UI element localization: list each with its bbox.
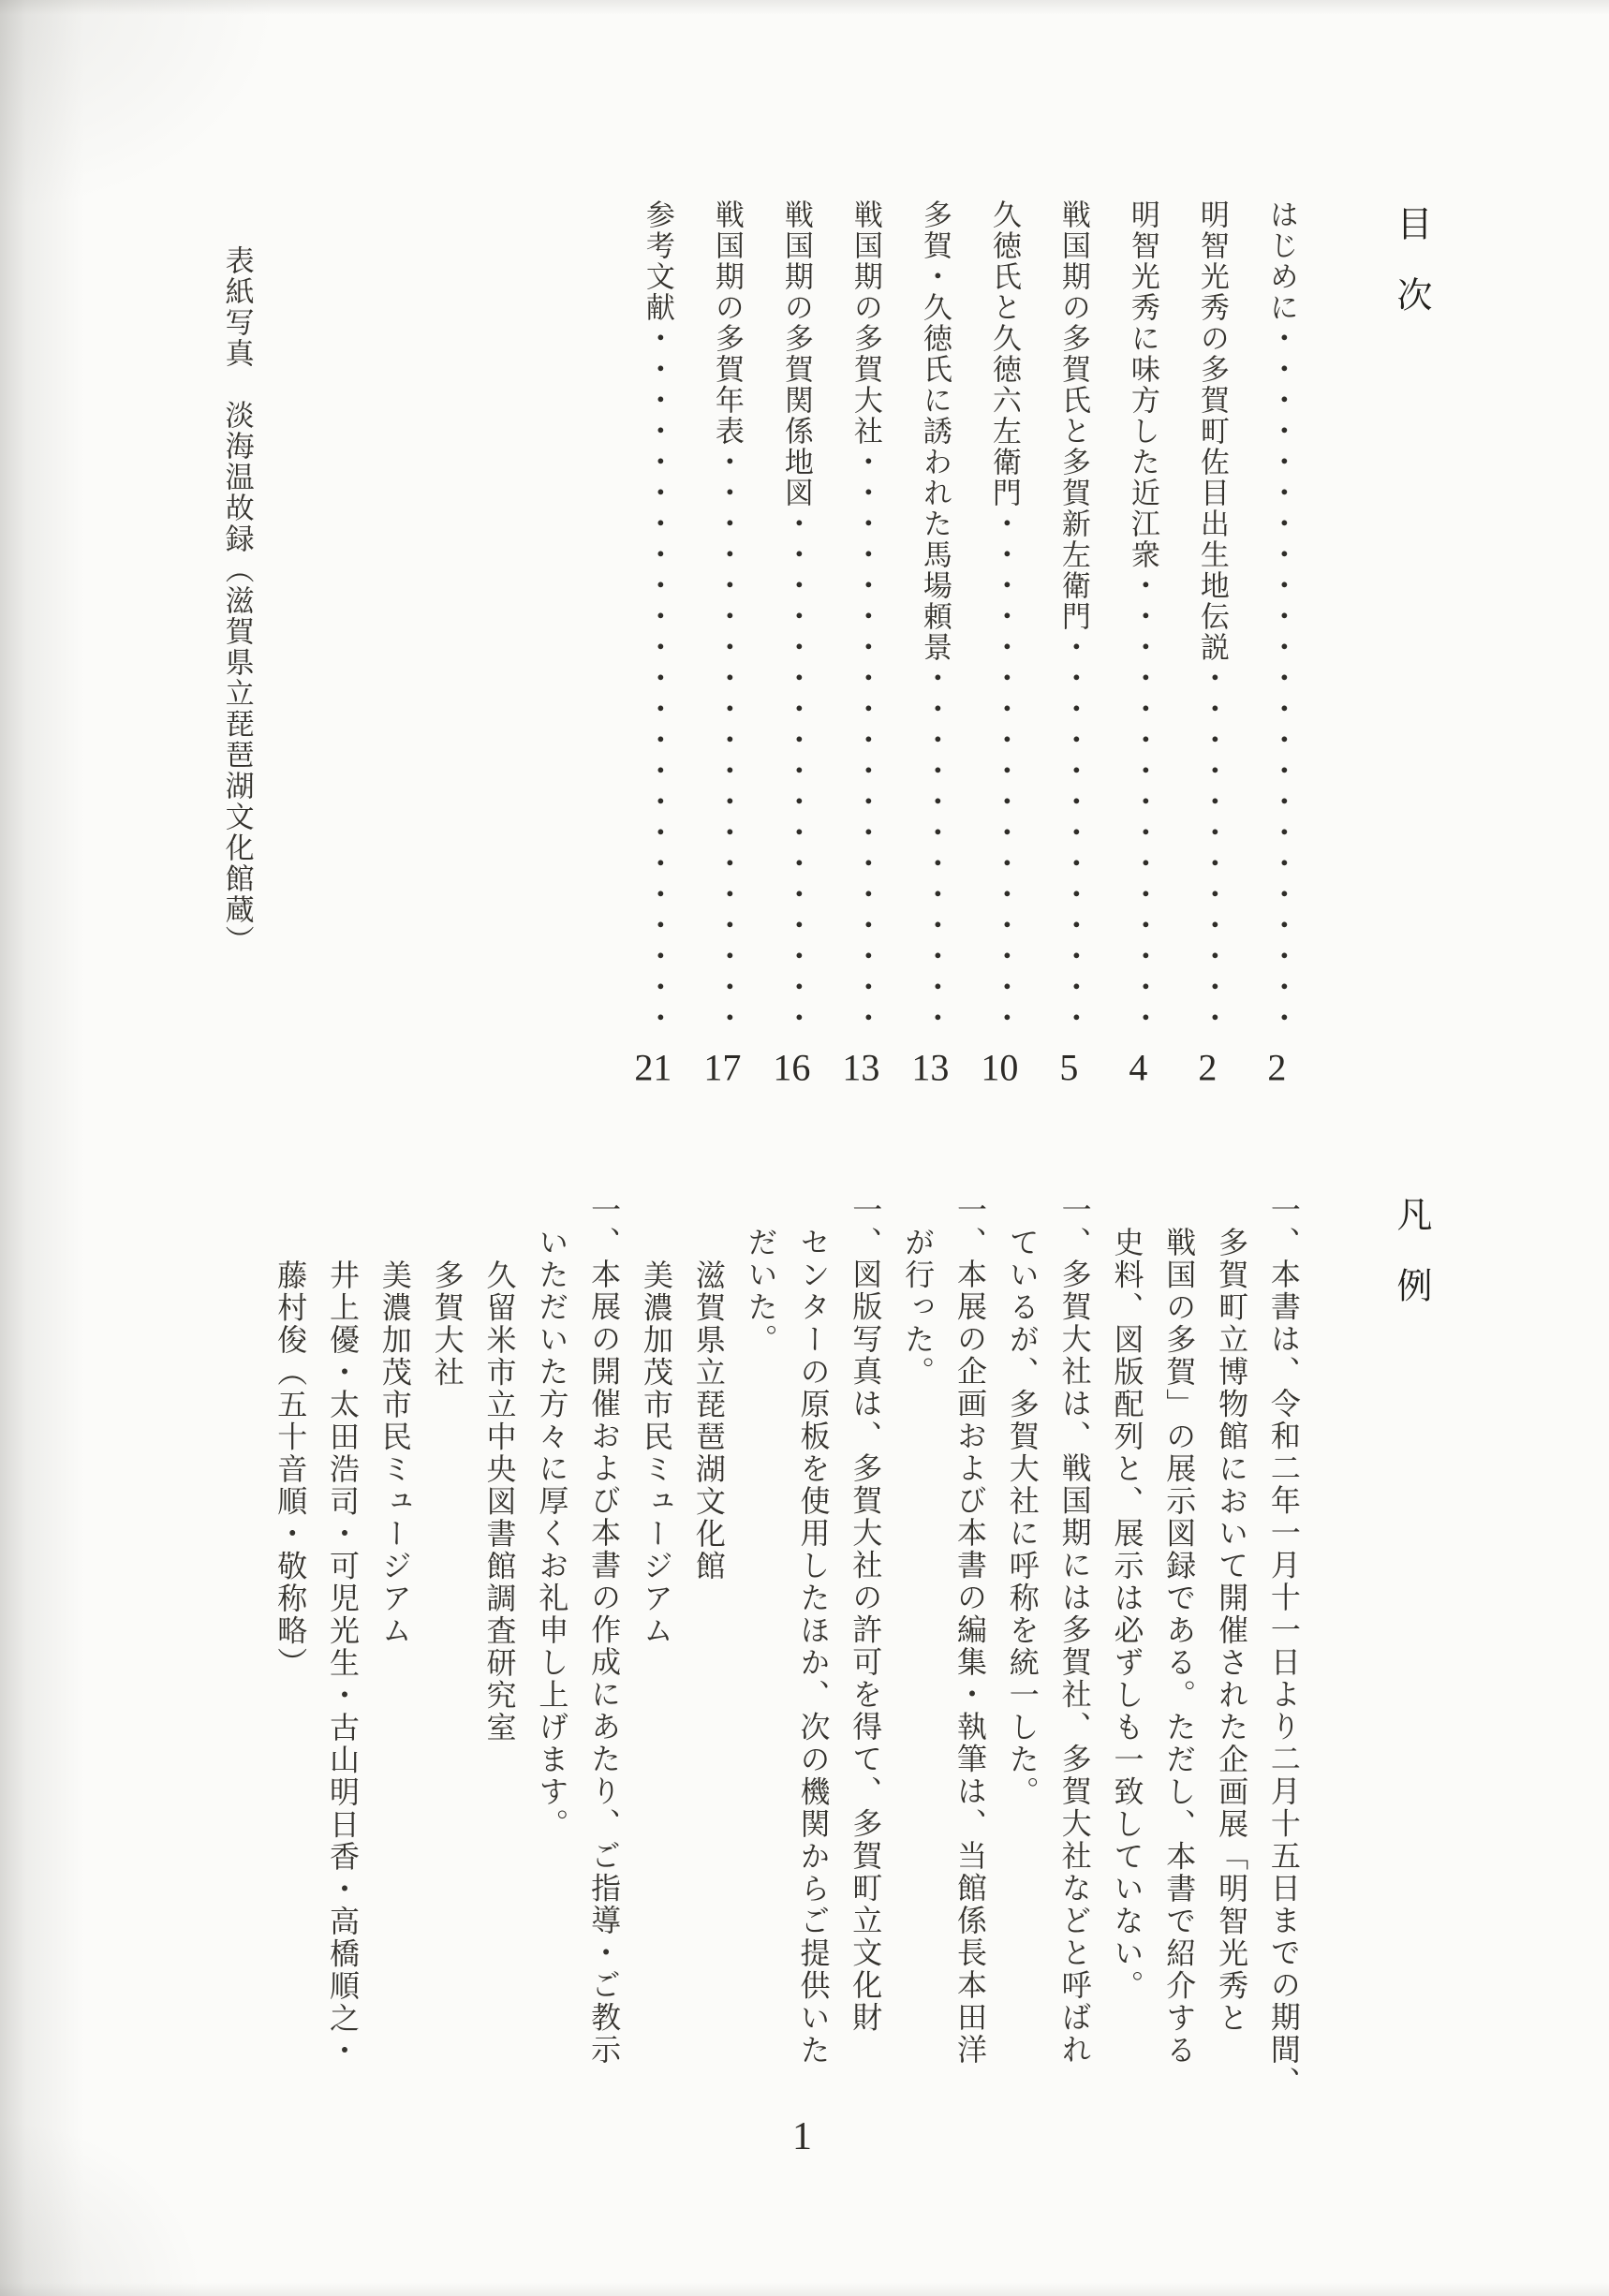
toc-title: 目 次 [1390,205,1431,1086]
hanrei-line: 美濃加茂市民ミュージアム [639,1194,672,2215]
toc-leader-dots: ・・・・・・・・・・・・・・・・・・・・・・・・・・・・・・・・・・・・・・・・ [1186,663,1229,1021]
toc-page-number: 21 [631,1049,674,1086]
hanrei-line: だいた。 [744,1194,777,2215]
hanrei-line: 一、多賀大社は、戦国期には多賀社、多賀大社などと呼ばれ [1057,1194,1091,2215]
toc-entry-title: 多賀・久徳氏に誘われた馬場頼景 [908,199,952,663]
hanrei-line: 多賀大社 [430,1194,464,2215]
hanrei-line: いただいた方々に厚くお礼申し上げます。 [535,1194,568,2215]
toc-page-number: 13 [908,1049,952,1086]
toc-leader-dots: ・・・・・・・・・・・・・・・・・・・・・・・・・・・・・・・・・・・・・・・・ [1255,323,1298,1021]
toc-entry: 久徳氏と久徳六左衛門 ・・・・・・・・・・・・・・・・・・・・・・・・・・・・・… [978,199,1021,1086]
hanrei-line: 藤村俊（五十音順・敬称略） [273,1194,306,2215]
toc-page-number: 16 [770,1049,813,1086]
toc-entry-title: 明智光秀の多賀町佐目出生地伝説 [1186,199,1229,663]
toc-entry: 参考文献 ・・・・・・・・・・・・・・・・・・・・・・・・・・・・・・・・・・・… [631,199,674,1086]
toc-page-number: 5 [1047,1049,1090,1086]
hanrei-line: 滋賀県立琵琶湖文化館 [691,1194,725,2215]
hanrei-line: 久留米市立中央図書館調査研究室 [482,1194,516,2215]
toc-entry: はじめに ・・・・・・・・・・・・・・・・・・・・・・・・・・・・・・・・・・・… [1255,199,1298,1086]
cover-photo-caption: 表紙写真 淡海温故録（滋賀県立琵琶湖文化館蔵） [220,245,254,956]
toc-leader-dots: ・・・・・・・・・・・・・・・・・・・・・・・・・・・・・・・・・・・・・・・・ [1047,632,1090,1021]
hanrei-line: 多賀町立博物館において開催された企画展「明智光秀と [1214,1194,1247,2215]
toc-section: 目 次 はじめに ・・・・・・・・・・・・・・・・・・・・・・・・・・・・・・・… [605,199,1431,1086]
hanrei-line: 戦国の多賀」の展示図録である。ただし、本書で紹介する [1161,1194,1195,2215]
hanrei-title: 凡 例 [1390,1196,1431,2215]
hanrei-line: ているが、多賀大社に呼称を統一した。 [1005,1194,1039,2215]
hanrei-line: センターの原板を使用したほか、次の機関からご提供いた [796,1194,830,2215]
hanrei-line: 一、本展の開催および本書の作成にあたり、ご指導・ご教示 [586,1194,620,2215]
toc-entry-title: 戦国期の多賀年表 [701,199,744,447]
toc-entry: 明智光秀の多賀町佐目出生地伝説 ・・・・・・・・・・・・・・・・・・・・・・・・… [1186,199,1229,1086]
toc-entry: 明智光秀に味方した近江衆 ・・・・・・・・・・・・・・・・・・・・・・・・・・・… [1116,199,1159,1086]
toc-entry-title: 明智光秀に味方した近江衆 [1116,199,1159,570]
toc-leader-dots: ・・・・・・・・・・・・・・・・・・・・・・・・・・・・・・・・・・・・・・・・ [631,323,674,1021]
toc-leader-dots: ・・・・・・・・・・・・・・・・・・・・・・・・・・・・・・・・・・・・・・・・ [770,508,813,1021]
toc-entry-title: 参考文献 [631,199,674,323]
hanrei-line: 一、本書は、令和二年一月十一日より二月十五日までの期間、 [1266,1194,1300,2215]
toc-entry: 戦国期の多賀関係地図 ・・・・・・・・・・・・・・・・・・・・・・・・・・・・・… [770,199,813,1086]
toc-leader-dots: ・・・・・・・・・・・・・・・・・・・・・・・・・・・・・・・・・・・・・・・・ [978,508,1021,1021]
toc-page-number: 2 [1186,1049,1229,1086]
toc-page-number: 13 [839,1049,882,1086]
toc-page-number: 10 [978,1049,1021,1086]
hanrei-line: 一、本展の企画および本書の編集・執筆は、当館係長本田洋 [952,1194,986,2215]
toc-page-number: 17 [701,1049,744,1086]
hanrei-line: 一、図版写真は、多賀大社の許可を得て、多賀町立文化財 [848,1194,881,2215]
toc-leader-dots: ・・・・・・・・・・・・・・・・・・・・・・・・・・・・・・・・・・・・・・・・ [701,447,744,1021]
toc-page-number: 2 [1255,1049,1298,1086]
toc-leader-dots: ・・・・・・・・・・・・・・・・・・・・・・・・・・・・・・・・・・・・・・・・ [908,663,952,1021]
toc-entry: 戦国期の多賀年表 ・・・・・・・・・・・・・・・・・・・・・・・・・・・・・・・… [701,199,744,1086]
toc-entry: 戦国期の多賀大社 ・・・・・・・・・・・・・・・・・・・・・・・・・・・・・・・… [839,199,882,1086]
hanrei-line: 井上優・太田浩司・可児光生・古山明日香・高橋順之・ [325,1194,359,2215]
hanrei-line: が行った。 [900,1194,934,2215]
toc-leader-dots: ・・・・・・・・・・・・・・・・・・・・・・・・・・・・・・・・・・・・・・・・ [1116,570,1159,1021]
toc-entry-title: 戦国期の多賀大社 [839,199,882,447]
toc-entry-title: はじめに [1255,199,1298,323]
hanrei-line: 史料、図版配列と、展示は必ずしも一致していない。 [1110,1194,1144,2215]
page: 目 次 はじめに ・・・・・・・・・・・・・・・・・・・・・・・・・・・・・・・… [0,0,1609,2296]
toc-entry-title: 久徳氏と久徳六左衛門 [978,199,1021,508]
toc-leader-dots: ・・・・・・・・・・・・・・・・・・・・・・・・・・・・・・・・・・・・・・・・ [839,447,882,1021]
toc-page-number: 4 [1116,1049,1159,1086]
toc-entry-title: 戦国期の多賀関係地図 [770,199,813,508]
hanrei-line: 美濃加茂市民ミュージアム [377,1194,411,2215]
page-number-footer: 1 [792,2114,812,2159]
hanrei-section: 凡 例 一、本書は、令和二年一月十一日より二月十五日までの期間、 多賀町立博物館… [254,1194,1431,2215]
toc-entry: 多賀・久徳氏に誘われた馬場頼景 ・・・・・・・・・・・・・・・・・・・・・・・・… [908,199,952,1086]
toc-entry-title: 戦国期の多賀氏と多賀新左衛門 [1047,199,1090,632]
toc-entry: 戦国期の多賀氏と多賀新左衛門 ・・・・・・・・・・・・・・・・・・・・・・・・・… [1047,199,1090,1086]
